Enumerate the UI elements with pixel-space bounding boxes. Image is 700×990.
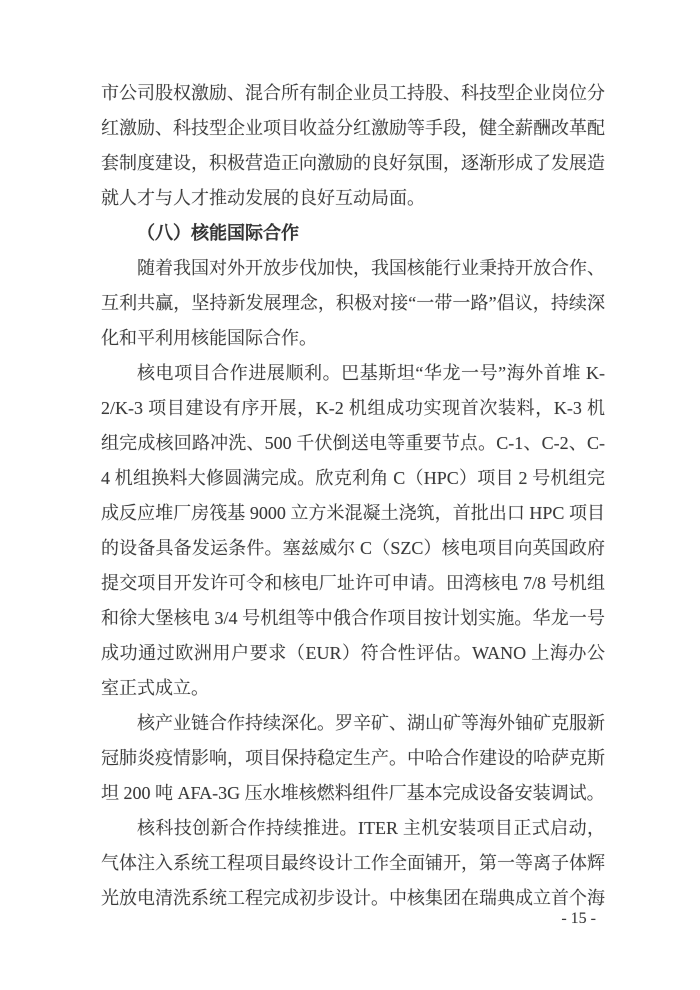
body-paragraph-nuclear-power-projects: 核电项目合作进展顺利。巴基斯坦“华龙一号”海外首堆 K-2/K-3 项目建设有序… [101,356,605,706]
section-heading: （八）核能国际合作 [101,216,605,251]
body-paragraph-intro: 随着我国对外开放步伐加快，我国核能行业秉持开放合作、互利共赢，坚持新发展理念，积… [101,251,605,356]
page-content: 市公司股权激励、混合所有制企业员工持股、科技型企业岗位分红激励、科技型企业项目收… [101,76,605,916]
document-page: 市公司股权激励、混合所有制企业员工持股、科技型企业岗位分红激励、科技型企业项目收… [0,0,700,990]
continued-paragraph: 市公司股权激励、混合所有制企业员工持股、科技型企业岗位分红激励、科技型企业项目收… [101,76,605,216]
body-paragraph-industry-chain: 核产业链合作持续深化。罗辛矿、湖山矿等海外铀矿克服新冠肺炎疫情影响，项目保持稳定… [101,706,605,811]
page-number: - 15 - [561,908,596,930]
body-paragraph-sci-tech-innovation: 核科技创新合作持续推进。ITER 主机安装项目正式启动，气体注入系统工程项目最终… [101,811,605,916]
